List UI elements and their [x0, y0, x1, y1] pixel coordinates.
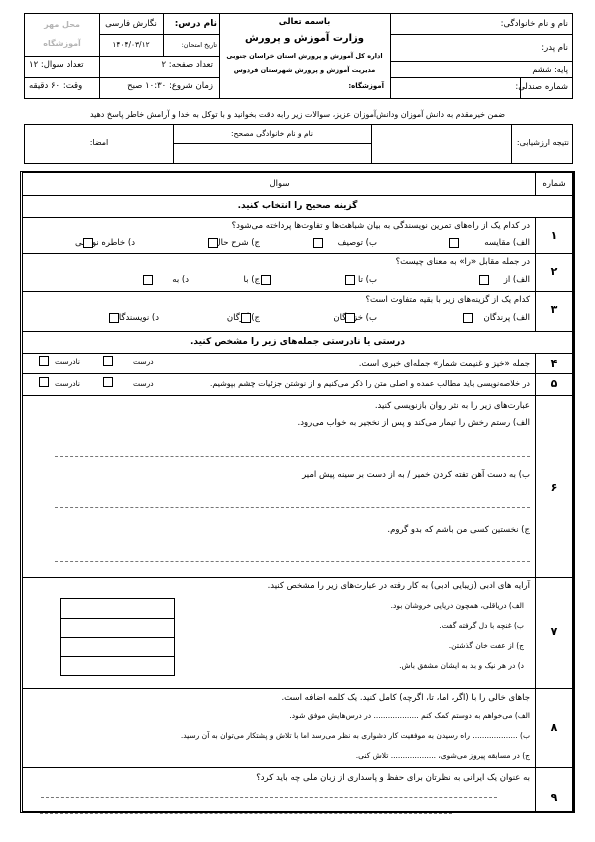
- school-field[interactable]: آموزشگاه:: [348, 82, 384, 90]
- divider: [511, 125, 512, 163]
- option-checkbox-b[interactable]: [313, 238, 323, 248]
- fill-blank-item[interactable]: الف) می‌خواهم به دوستم کمک کنم .........…: [289, 711, 530, 720]
- intro-instructions: ضمن خیرمقدم به دانش آموزان ودانش‌آموزان …: [0, 110, 595, 119]
- question-item: ب) به دست آهن تفته کردن خمیر / به از دست…: [302, 470, 530, 480]
- stamp-placeholder-school: آموزشگاه: [25, 39, 99, 48]
- grading-box: نتیجه ارزشیابی: نام و نام خانوادگی مصحح:…: [24, 124, 573, 164]
- divider: [390, 61, 572, 62]
- answer-line[interactable]: [55, 561, 530, 562]
- divider: [23, 253, 572, 254]
- seat-number-field[interactable]: شماره صندلی:: [515, 82, 568, 92]
- question-text: کدام یک از گزینه‌های زیر با بقیه متفاوت …: [366, 295, 531, 305]
- option-label: الف) از: [504, 275, 530, 285]
- question-text: در جمله مقابل «را» به معنای چیست؟: [396, 257, 530, 267]
- answer-cell-a[interactable]: [61, 599, 174, 619]
- question-item: الف) دریاقلی، همچون دریایی خروشان بود.: [391, 601, 524, 610]
- false-label: نادرست: [55, 379, 80, 388]
- divider: [23, 353, 572, 354]
- option-label: د) به: [172, 275, 189, 285]
- questions-table: شماره سوال گزینه صحیح را انتخاب کنید. ۱ …: [20, 171, 575, 813]
- option-label: ج) با: [244, 275, 260, 285]
- divider: [390, 77, 572, 78]
- question-number: ۶: [536, 481, 572, 494]
- ministry-title: وزارت آموزش و پرورش: [219, 33, 390, 44]
- exam-date-value: ۱۴۰۴/۰۳/۱۲: [99, 40, 163, 49]
- province-office: اداره کل آموزش و پرورش استان خراسان جنوب…: [219, 52, 390, 60]
- question-number: ۳: [536, 303, 572, 316]
- option-label: الف) مقایسه: [484, 238, 530, 248]
- option-checkbox-c[interactable]: [261, 275, 271, 285]
- start-time: زمان شروع: ۱۰:۳۰ صبح: [127, 81, 213, 91]
- option-label: د) نویسندگان: [113, 313, 159, 323]
- question-text: در کدام یک از راه‌های تمرین نویسندگی به …: [232, 221, 530, 231]
- question-number: ۸: [536, 721, 572, 734]
- divider: [25, 77, 219, 78]
- false-label: نادرست: [55, 357, 80, 366]
- question-text: در خلاصه‌نویسی باید مطالب عمده و اصلی مت…: [210, 379, 530, 388]
- divider: [99, 34, 219, 35]
- option-label: ب) تا: [358, 275, 377, 285]
- question-number: ۴: [536, 357, 572, 370]
- subject-label: نام درس:: [167, 19, 217, 29]
- answer-line[interactable]: [55, 507, 530, 508]
- question-text: عبارت‌های زیر را به نثر روان بازنویسی کن…: [375, 401, 530, 411]
- option-checkbox-a[interactable]: [479, 275, 489, 285]
- divider: [23, 195, 572, 196]
- option-checkbox-b[interactable]: [345, 275, 355, 285]
- question-number: ۱: [536, 229, 572, 242]
- result-field[interactable]: [371, 125, 511, 163]
- divider: [23, 331, 572, 332]
- section-title-multiple-choice: گزینه صحیح را انتخاب کنید.: [23, 201, 572, 211]
- false-checkbox[interactable]: [39, 356, 49, 366]
- exam-date-label: تاریخ امتحان:: [165, 41, 217, 49]
- divider: [23, 217, 572, 218]
- question-item: ج) از عفت خان گذشتن.: [449, 641, 524, 650]
- answer-cell-c[interactable]: [61, 637, 174, 657]
- stamp-placeholder: محل مهر: [25, 20, 99, 29]
- option-label: ب) خزندگان: [333, 313, 377, 323]
- question-text: به عنوان یک ایرانی به نظرتان برای حفظ و …: [256, 773, 530, 783]
- false-checkbox[interactable]: [39, 377, 49, 387]
- column-header-question: سوال: [23, 179, 536, 189]
- option-checkbox-a[interactable]: [449, 238, 459, 248]
- question-item: ج) نخستین کسی من باشم که بدو گروم.: [387, 525, 530, 535]
- divider: [390, 34, 572, 35]
- divider: [23, 291, 572, 292]
- section-title-true-false: درستی یا نادرستی جمله‌های زیر را مشخص کن…: [23, 337, 572, 347]
- divider: [25, 56, 219, 57]
- question-text: جاهای خالی را با (اگر، اما، تا، اگرچه) ک…: [281, 693, 530, 703]
- question-item: ب) غنچه با دل گرفته گفت.: [439, 621, 524, 630]
- question-number: ۷: [536, 625, 572, 638]
- question-number: ۹: [536, 791, 572, 804]
- true-checkbox[interactable]: [103, 356, 113, 366]
- divider: [23, 577, 572, 578]
- basmala-title: باسمه تعالی: [219, 17, 390, 27]
- option-checkbox-b[interactable]: [345, 313, 355, 323]
- corrector-name-label: نام و نام خانوادگی مصحح:: [173, 129, 371, 138]
- question-item: الف) رستم رخش را تیمار می‌کند و پس از نخ…: [298, 418, 530, 428]
- answer-line[interactable]: [41, 797, 497, 798]
- fill-blank-item[interactable]: ج) در مسابقه پیروز می‌شوی، .............…: [356, 751, 530, 760]
- option-checkbox-d[interactable]: [109, 313, 119, 323]
- page-count: تعداد صفحه: ۲: [162, 60, 213, 70]
- answer-line[interactable]: [55, 456, 530, 457]
- corrector-name-field[interactable]: [173, 144, 371, 163]
- divider: [23, 395, 572, 396]
- option-checkbox-d[interactable]: [143, 275, 153, 285]
- option-checkbox-a[interactable]: [463, 313, 473, 323]
- result-label: نتیجه ارزشیابی:: [517, 138, 569, 147]
- divider: [23, 767, 572, 768]
- answer-grid: [60, 598, 175, 676]
- true-label: درست: [133, 357, 154, 366]
- question-text: جمله «خیز و غنیمت شمار» جمله‌ای خبری است…: [359, 359, 530, 369]
- option-label: ب) توصیف: [338, 238, 377, 248]
- answer-cell-b[interactable]: [61, 618, 174, 638]
- question-number: ۵: [536, 377, 572, 390]
- divider: [23, 373, 572, 374]
- exam-header: نام و نام خانوادگی: نام پدر: پایه: ششم ش…: [24, 13, 573, 99]
- question-item: د) در هر نیک و بد به ایشان مشفق باش.: [399, 661, 524, 670]
- divider: [163, 14, 164, 56]
- grade-label: پایه: ششم: [532, 65, 568, 74]
- divider: [390, 14, 391, 98]
- option-label: ج) شرح حال: [214, 238, 260, 248]
- true-checkbox[interactable]: [103, 377, 113, 387]
- signature-field[interactable]: امضا:: [25, 138, 173, 147]
- exam-duration: وقت: ۶۰ دقیقه: [29, 81, 82, 91]
- option-checkbox-c[interactable]: [241, 313, 251, 323]
- answer-line[interactable]: [40, 813, 452, 814]
- question-number: ۲: [536, 265, 572, 278]
- question-count: تعداد سوال: ۱۲: [29, 60, 84, 70]
- father-name-field[interactable]: نام پدر:: [541, 43, 568, 53]
- divider: [535, 353, 536, 813]
- option-checkbox-d[interactable]: [83, 238, 93, 248]
- option-checkbox-c[interactable]: [208, 238, 218, 248]
- city-office: مدیریت آموزش و پرورش شهرستان فردوس: [219, 66, 390, 74]
- answer-cell-d[interactable]: [61, 656, 174, 674]
- true-label: درست: [133, 379, 154, 388]
- option-label: الف) پرندگان: [483, 313, 530, 323]
- question-text: آرایه های ادبی (زیبایی ادبی) به کار رفته…: [268, 581, 530, 591]
- student-name-field[interactable]: نام و نام خانوادگی:: [501, 19, 568, 29]
- fill-blank-item[interactable]: ب) ................... راه رسیدن به موفق…: [181, 731, 530, 740]
- column-header-number: شماره: [538, 179, 570, 189]
- subject-value: نگارش فارسی: [99, 19, 163, 29]
- divider: [23, 688, 572, 689]
